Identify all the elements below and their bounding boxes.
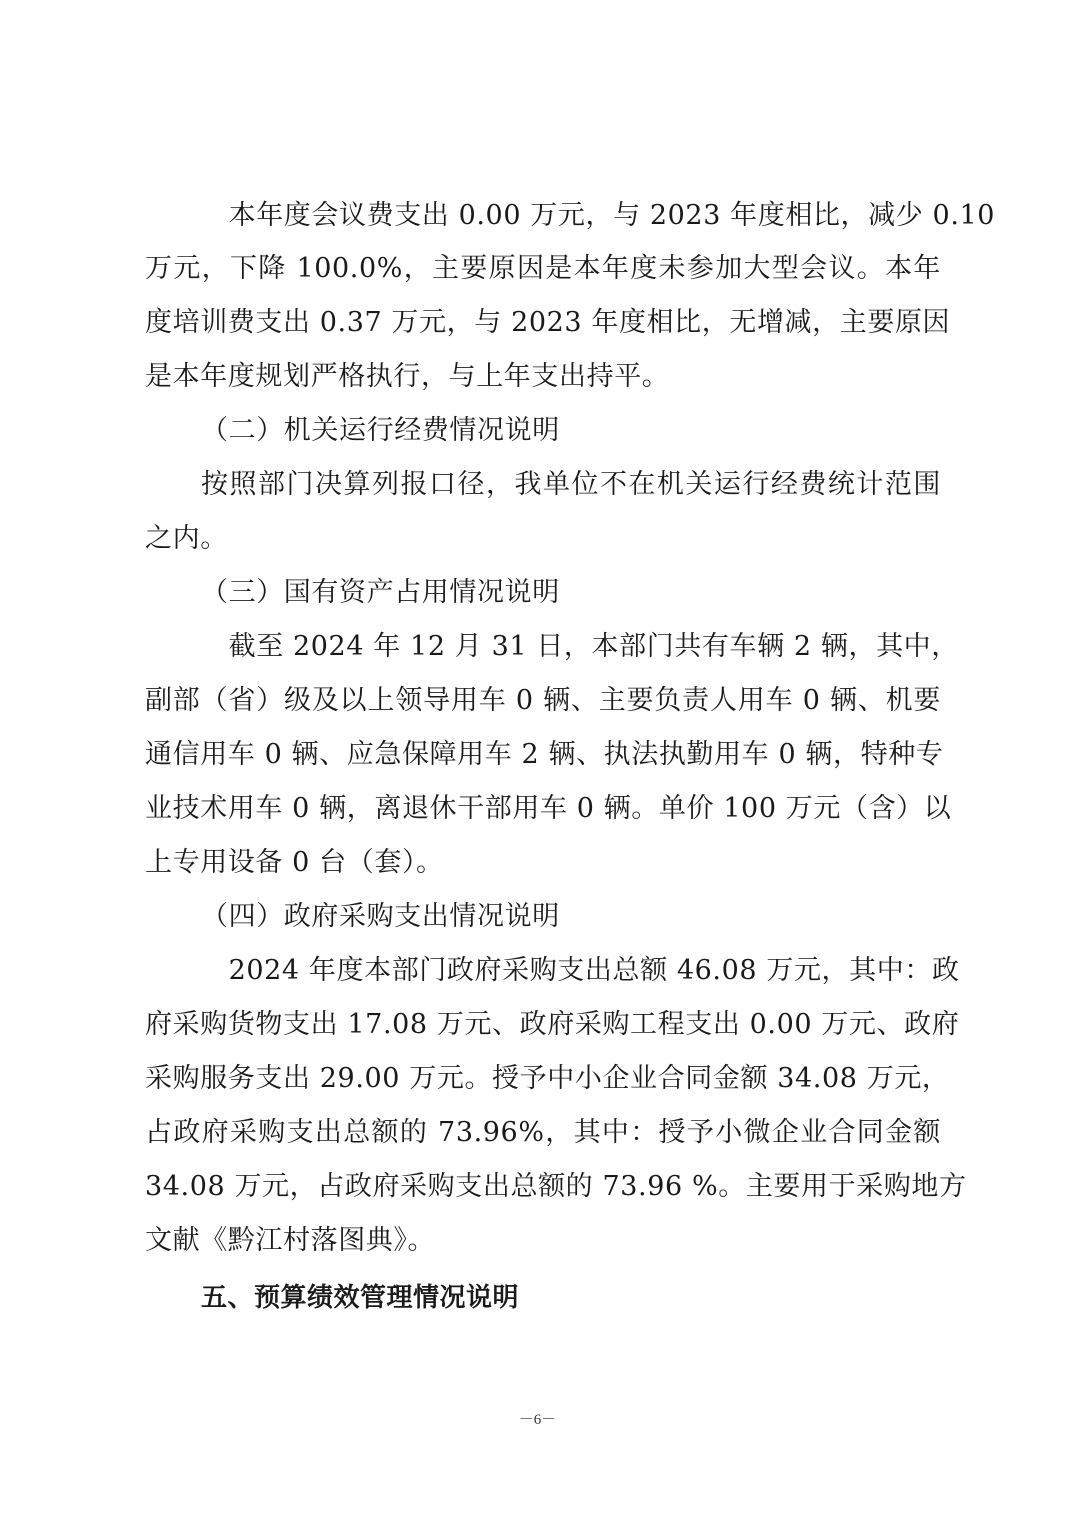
section-title-performance-management: 五、预算绩效管理情况说明 <box>201 1278 519 1318</box>
paragraph-procurement-line-3: 采购服务支出 29.00 万元。授予中小企业合同金额 34.08 万元， <box>145 1059 941 1099</box>
paragraph-state-assets-line-5: 上专用设备 0 台（套）。 <box>145 843 941 883</box>
paragraph-meeting-fee-line-1: 本年度会议费支出 0.00 万元，与 2023 年度相比，减少 0.10 <box>145 196 941 236</box>
paragraph-state-assets-line-3: 通信用车 0 辆、应急保障用车 2 辆、执法执勤用车 0 辆，特种专 <box>145 735 941 775</box>
heading-operating-expenses: （二）机关运行经费情况说明 <box>201 411 560 451</box>
paragraph-meeting-fee-line-2: 万元，下降 100.0%，主要原因是本年度未参加大型会议。本年 <box>145 249 941 289</box>
paragraph-meeting-fee-line-4: 是本年度规划严格执行，与上年支出持平。 <box>145 357 941 397</box>
paragraph-state-assets-line-2: 副部（省）级及以上领导用车 0 辆、主要负责人用车 0 辆、机要 <box>145 681 941 721</box>
heading-government-procurement: （四）政府采购支出情况说明 <box>201 897 560 937</box>
paragraph-state-assets-line-1: 截至 2024 年 12 月 31 日，本部门共有车辆 2 辆，其中， <box>145 627 941 667</box>
paragraph-state-assets-line-4: 业技术用车 0 辆，离退休干部用车 0 辆。单价 100 万元（含）以 <box>145 789 941 829</box>
page-number: －6－ <box>0 1408 1075 1429</box>
paragraph-meeting-fee-line-3: 度培训费支出 0.37 万元，与 2023 年度相比，无增减，主要原因 <box>145 303 941 343</box>
paragraph-operating-expenses-line-2: 之内。 <box>145 519 941 559</box>
paragraph-procurement-line-4: 占政府采购支出总额的 73.96%，其中：授予小微企业合同金额 <box>145 1113 941 1153</box>
paragraph-procurement-line-6: 文献《黔江村落图典》。 <box>145 1221 941 1261</box>
heading-state-assets: （三）国有资产占用情况说明 <box>201 573 560 613</box>
paragraph-procurement-line-1: 2024 年度本部门政府采购支出总额 46.08 万元，其中：政 <box>145 951 941 991</box>
paragraph-operating-expenses-line-1: 按照部门决算列报口径，我单位不在机关运行经费统计范围 <box>145 465 941 505</box>
paragraph-procurement-line-5: 34.08 万元，占政府采购支出总额的 73.96 %。主要用于采购地方 <box>145 1167 941 1207</box>
paragraph-procurement-line-2: 府采购货物支出 17.08 万元、政府采购工程支出 0.00 万元、政府 <box>145 1005 941 1045</box>
